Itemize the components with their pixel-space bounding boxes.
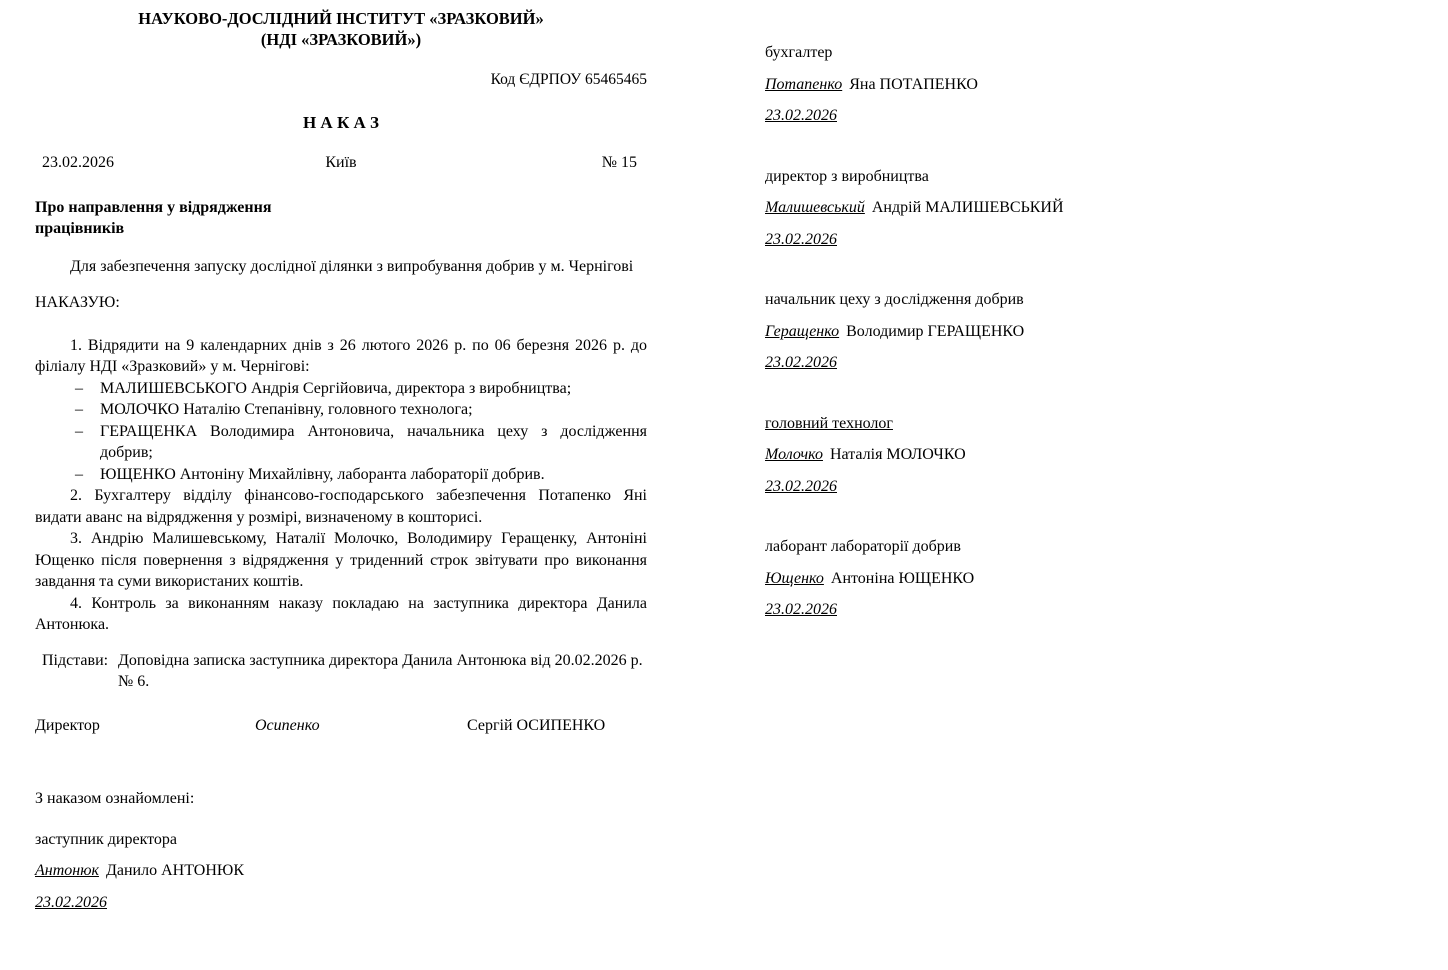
order-document: НАУКОВО-ДОСЛІДНИЙ ІНСТИТУТ «ЗРАЗКОВИЙ» (… <box>35 8 647 913</box>
deputy-position: заступник директора <box>35 829 647 851</box>
signatory-date-line: 23.02.2026 <box>765 599 1195 621</box>
basis-text: Доповідна записка заступника директора Д… <box>118 650 647 693</box>
signatory-name: Яна ПОТАПЕНКО <box>849 76 978 93</box>
deputy-name: Данило АНТОНЮК <box>106 862 244 879</box>
signatory-position: бухгалтер <box>765 42 1195 64</box>
order-subject: Про направлення у відрядження працівникі… <box>35 197 320 240</box>
dash-bullet: – <box>75 464 83 486</box>
order-item-4: 4. Контроль за виконанням наказу поклада… <box>35 593 647 636</box>
deputy-date: 23.02.2026 <box>35 894 107 911</box>
deputy-ack-block: заступник директора АнтонюкДанило АНТОНЮ… <box>35 829 647 914</box>
list-item: – ГЕРАЩЕНКА Володимира Антоновича, начал… <box>35 421 647 464</box>
signatory-block: головний технолог МолочкоНаталія МОЛОЧКО… <box>765 413 1195 498</box>
director-signature: Осипенко <box>255 715 467 737</box>
signatory-date: 23.02.2026 <box>765 107 837 124</box>
basis-row: Підстави: Доповідна записка заступника д… <box>35 650 647 693</box>
edrpou-code: Код ЄДРПОУ 65465465 <box>35 69 647 91</box>
acknowledged-heading: З наказом ознайомлені: <box>35 788 647 810</box>
list-item: – МАЛИШЕВСЬКОГО Андрія Сергійовича, дире… <box>35 378 647 400</box>
seconded-employee: МАЛИШЕВСЬКОГО Андрія Сергійовича, директ… <box>100 380 571 397</box>
signatory-signature: Геращенко <box>765 323 839 340</box>
signatory-position: головний технолог <box>765 413 1195 435</box>
signatories-column: бухгалтер ПотапенкоЯна ПОТАПЕНКО 23.02.2… <box>765 42 1195 660</box>
organization-header: НАУКОВО-ДОСЛІДНИЙ ІНСТИТУТ «ЗРАЗКОВИЙ» (… <box>35 8 647 50</box>
order-item-3: 3. Андрію Малишевському, Наталії Молочко… <box>35 528 647 593</box>
director-signature-row: Директор Осипенко Сергій ОСИПЕНКО <box>35 715 647 737</box>
signatory-name: Наталія МОЛОЧКО <box>830 446 966 463</box>
org-name: НАУКОВО-ДОСЛІДНИЙ ІНСТИТУТ «ЗРАЗКОВИЙ» <box>35 8 647 29</box>
signatory-date: 23.02.2026 <box>765 478 837 495</box>
director-position: Директор <box>35 715 255 737</box>
signatory-signature: Молочко <box>765 446 823 463</box>
preamble-paragraph: Для забезпечення запуску дослідної ділян… <box>35 256 647 278</box>
signatory-block: бухгалтер ПотапенкоЯна ПОТАПЕНКО 23.02.2… <box>765 42 1195 127</box>
order-date: 23.02.2026 <box>35 152 239 174</box>
signatory-name: Андрій МАЛИШЕВСЬКИЙ <box>872 199 1064 216</box>
signatory-signature-line: ПотапенкоЯна ПОТАПЕНКО <box>765 74 1195 96</box>
signatory-name: Антоніна ЮЩЕНКО <box>831 570 974 587</box>
signatory-date: 23.02.2026 <box>765 601 837 618</box>
seconded-employee: ЮЩЕНКО Антоніну Михайлівну, лаборанта ла… <box>100 466 545 483</box>
signatory-signature: Ющенко <box>765 570 824 587</box>
seconded-employees-list: – МАЛИШЕВСЬКОГО Андрія Сергійовича, дире… <box>35 378 647 486</box>
signatory-name: Володимир ГЕРАЩЕНКО <box>846 323 1024 340</box>
signatory-signature-line: ЮщенкоАнтоніна ЮЩЕНКО <box>765 568 1195 590</box>
signatory-date-line: 23.02.2026 <box>765 476 1195 498</box>
signatory-block: директор з виробництва МалишевськийАндрі… <box>765 166 1195 251</box>
signatory-signature: Потапенко <box>765 76 842 93</box>
seconded-employee: МОЛОЧКО Наталію Степанівну, головного те… <box>100 401 473 418</box>
decree-word: НАКАЗУЮ: <box>35 292 647 314</box>
signatory-date-line: 23.02.2026 <box>765 229 1195 251</box>
dash-bullet: – <box>75 399 83 421</box>
seconded-employee: ГЕРАЩЕНКА Володимира Антоновича, начальн… <box>100 423 647 462</box>
signatory-date-line: 23.02.2026 <box>765 105 1195 127</box>
signatory-signature-line: МолочкоНаталія МОЛОЧКО <box>765 444 1195 466</box>
signatory-date: 23.02.2026 <box>765 231 837 248</box>
dash-bullet: – <box>75 421 83 443</box>
signatory-signature-line: МалишевськийАндрій МАЛИШЕВСЬКИЙ <box>765 197 1195 219</box>
org-abbreviation: (НДІ «ЗРАЗКОВИЙ») <box>35 29 647 50</box>
signatory-date-line: 23.02.2026 <box>765 352 1195 374</box>
signatory-position: лаборант лабораторії добрив <box>765 536 1195 558</box>
document-page: НАУКОВО-ДОСЛІДНИЙ ІНСТИТУТ «ЗРАЗКОВИЙ» (… <box>0 0 1448 970</box>
deputy-signature-line: АнтонюкДанило АНТОНЮК <box>35 860 647 882</box>
dash-bullet: – <box>75 378 83 400</box>
order-city: Київ <box>239 152 443 174</box>
director-name: Сергій ОСИПЕНКО <box>467 715 647 737</box>
order-meta-row: 23.02.2026 Київ № 15 <box>35 152 647 174</box>
list-item: – ЮЩЕНКО Антоніну Михайлівну, лаборанта … <box>35 464 647 486</box>
signatory-signature-line: ГеращенкоВолодимир ГЕРАЩЕНКО <box>765 321 1195 343</box>
basis-label: Підстави: <box>35 650 118 693</box>
document-title: Н А К А З <box>35 112 647 134</box>
order-number: № 15 <box>443 152 647 174</box>
signatory-block: начальник цеху з дослідження добрив Гера… <box>765 289 1195 374</box>
list-item: – МОЛОЧКО Наталію Степанівну, головного … <box>35 399 647 421</box>
signatory-block: лаборант лабораторії добрив ЮщенкоАнтоні… <box>765 536 1195 621</box>
signatory-date: 23.02.2026 <box>765 354 837 371</box>
order-item-1: 1. Відрядити на 9 календарних днів з 26 … <box>35 335 647 378</box>
signatory-position: директор з виробництва <box>765 166 1195 188</box>
deputy-signature: Антонюк <box>35 862 99 879</box>
signatory-signature: Малишевський <box>765 199 865 216</box>
signatory-position: начальник цеху з дослідження добрив <box>765 289 1195 311</box>
deputy-date-line: 23.02.2026 <box>35 892 647 914</box>
order-item-2: 2. Бухгалтеру відділу фінансово-господар… <box>35 485 647 528</box>
